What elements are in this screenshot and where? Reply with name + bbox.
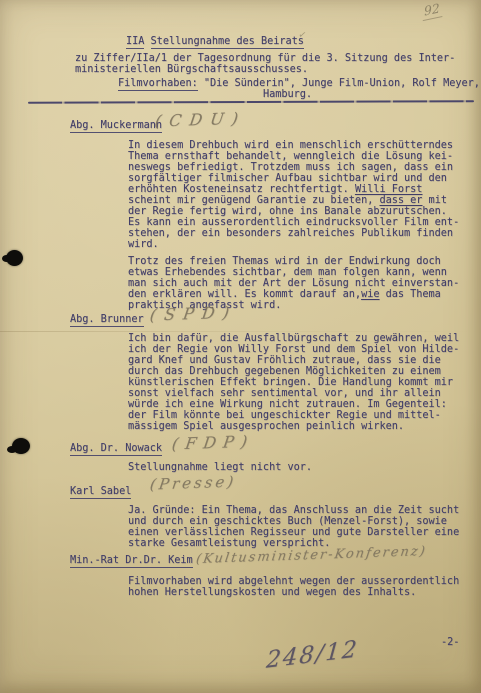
speaker-name: Abg. Dr. Nowack bbox=[70, 443, 162, 456]
handwritten-party-annotation: (FDP) bbox=[171, 436, 255, 450]
pencil-page-mark: 92 bbox=[422, 0, 443, 21]
statement-section-brunner: Abg. Brunner (SPD) Ich bin dafür, die Au… bbox=[70, 314, 466, 432]
header-divider-rule bbox=[28, 100, 474, 104]
handwritten-affiliation-annotation: (Presse) bbox=[149, 476, 237, 490]
handwritten-file-number: 248/12 bbox=[265, 636, 360, 674]
statement-section-sabel: Karl Sabel (Presse) Ja. Gründe: Ein Them… bbox=[70, 486, 466, 549]
statement-section-keim: Min.-Rat Dr.Dr. Keim (Kultusminister-Kon… bbox=[70, 555, 466, 598]
speaker-name: Abg. Brunner bbox=[70, 314, 144, 327]
statement-section-nowack: Abg. Dr. Nowack (FDP) Stellungnahme lieg… bbox=[70, 443, 466, 473]
page-number: -2- bbox=[441, 637, 459, 648]
scanned-document-page: 92 IIA Stellungnahme des Beirats ✓ zu Zi… bbox=[0, 0, 481, 693]
punch-hole-top bbox=[6, 250, 23, 266]
agenda-reference-line1: zu Ziffer/IIa/1 der Tagesordnung für die… bbox=[75, 53, 455, 64]
film-project-line: Filmvorhaben: "Die Sünderin", Junge Film… bbox=[118, 78, 480, 89]
handwritten-party-annotation: (CDU) bbox=[154, 112, 247, 126]
film-project-label: Filmvorhaben: bbox=[118, 78, 198, 91]
film-project-value: "Die Sünderin", Junge Film-Union, Rolf M… bbox=[198, 78, 480, 89]
punch-hole-bottom bbox=[12, 438, 30, 454]
statement-paragraph: Stellungnahme liegt nicht vor. bbox=[128, 462, 466, 473]
film-project-city: Hamburg. bbox=[263, 89, 312, 100]
document-title: Stellungnahme des Beirats bbox=[151, 36, 304, 49]
pencil-checkmark: ✓ bbox=[298, 28, 307, 42]
speaker-name: Karl Sabel bbox=[70, 486, 131, 499]
speaker-name: Min.-Rat Dr.Dr. Keim bbox=[70, 555, 193, 568]
handwritten-party-annotation: (SPD) bbox=[149, 306, 238, 320]
speaker-name: Abg. Muckermann bbox=[70, 120, 162, 133]
agenda-index-label: IIA bbox=[126, 36, 144, 49]
statement-paragraph: In diesem Drehbuch wird ein menschlich e… bbox=[128, 140, 466, 250]
statement-paragraph: Ich bin dafür, die Ausfallbürgschaft zu … bbox=[128, 333, 466, 432]
document-header-title-line: IIA Stellungnahme des Beirats bbox=[126, 36, 304, 47]
statement-paragraph: Filmvorhaben wird abgelehnt wegen der au… bbox=[128, 576, 466, 598]
agenda-reference-line2: ministeriellen Bürgschaftsausschusses. bbox=[75, 64, 308, 75]
statement-section-muckermann: Abg. Muckermann (CDU) In diesem Drehbuch… bbox=[70, 120, 466, 311]
statement-paragraph: Ja. Gründe: Ein Thema, das Anschluss an … bbox=[128, 505, 466, 549]
statement-paragraph: Trotz des freien Themas wird in der Endw… bbox=[128, 256, 466, 311]
